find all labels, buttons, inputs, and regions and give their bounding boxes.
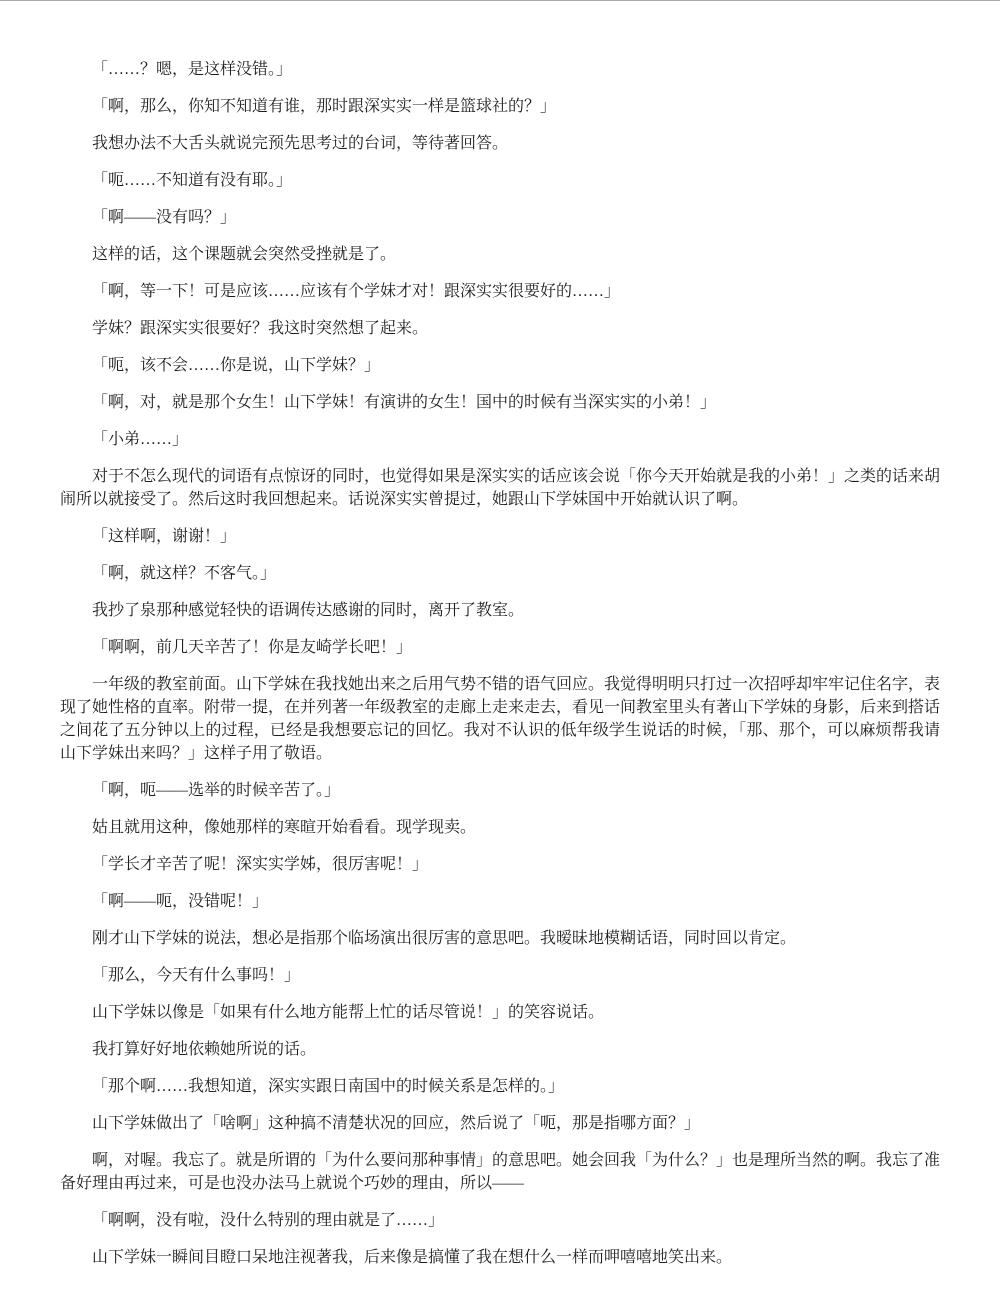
paragraph: 「啊，等一下！可是应该……应该有个学妹才对！跟深实实很要好的……」: [60, 280, 940, 303]
paragraph: 学妹？跟深实实很要好？我这时突然想了起来。: [60, 317, 940, 340]
text-content: 「……？嗯，是这样没错。」「啊，那么，你知不知道有谁，那时跟深实实一样是篮球社的…: [60, 58, 940, 1269]
paragraph: 「啊——呃，没错呢！」: [60, 890, 940, 913]
paragraph: 「那么，今天有什么事吗！」: [60, 964, 940, 987]
paragraph: 山下学妹一瞬间目瞪口呆地注视著我，后来像是搞懂了我在想什么一样而呷嘻嘻地笑出来。: [60, 1246, 940, 1269]
paragraph: 一年级的教室前面。山下学妹在我找她出来之后用气势不错的语气回应。我觉得明明只打过…: [60, 673, 940, 765]
paragraph: 「啊，那么，你知不知道有谁，那时跟深实实一样是篮球社的？」: [60, 95, 940, 118]
paragraph: 「啊，呃——选举的时候辛苦了。」: [60, 779, 940, 802]
paragraph: 我想办法不大舌头就说完预先思考过的台词，等待著回答。: [60, 132, 940, 155]
paragraph: 「呃，该不会……你是说，山下学妹？」: [60, 354, 940, 377]
paragraph: 山下学妹做出了「啥啊」这种搞不清楚状况的回应，然后说了「呃，那是指哪方面？」: [60, 1112, 940, 1135]
paragraph: 啊，对喔。我忘了。就是所谓的「为什么要问那种事情」的意思吧。她会回我「为什么？」…: [60, 1149, 940, 1195]
paragraph: 我打算好好地依赖她所说的话。: [60, 1038, 940, 1061]
paragraph: 「小弟……」: [60, 428, 940, 451]
paragraph: 姑且就用这种，像她那样的寒暄开始看看。现学现卖。: [60, 816, 940, 839]
paragraph: 山下学妹以像是「如果有什么地方能帮上忙的话尽管说！」的笑容说话。: [60, 1001, 940, 1024]
paragraph: 对于不怎么现代的词语有点惊讶的同时，也觉得如果是深实实的话应该会说「你今天开始就…: [60, 465, 940, 511]
paragraph: 「啊啊，没有啦，没什么特别的理由就是了……」: [60, 1209, 940, 1232]
paragraph: 「呃……不知道有没有耶。」: [60, 169, 940, 192]
paragraph: 「啊，对，就是那个女生！山下学妹！有演讲的女生！国中的时候有当深实实的小弟！」: [60, 391, 940, 414]
paragraph: 「那个啊……我想知道，深实实跟日南国中的时候关系是怎样的。」: [60, 1075, 940, 1098]
paragraph: 这样的话，这个课题就会突然受挫就是了。: [60, 243, 940, 266]
paragraph: 我抄了泉那种感觉轻快的语调传达感谢的同时，离开了教室。: [60, 599, 940, 622]
paragraph: 「学长才辛苦了呢！深实实学姊，很厉害呢！」: [60, 853, 940, 876]
paragraph: 「啊，就这样？不客气。」: [60, 562, 940, 585]
novel-page: 「……？嗯，是这样没错。」「啊，那么，你知不知道有谁，那时跟深实实一样是篮球社的…: [0, 0, 1000, 1294]
paragraph: 「啊啊，前几天辛苦了！你是友崎学长吧！」: [60, 636, 940, 659]
paragraph: 「……？嗯，是这样没错。」: [60, 58, 940, 81]
paragraph: 「啊——没有吗？」: [60, 206, 940, 229]
paragraph: 刚才山下学妹的说法，想必是指那个临场演出很厉害的意思吧。我暧昧地模糊话语，同时回…: [60, 927, 940, 950]
paragraph: 「这样啊，谢谢！」: [60, 525, 940, 548]
